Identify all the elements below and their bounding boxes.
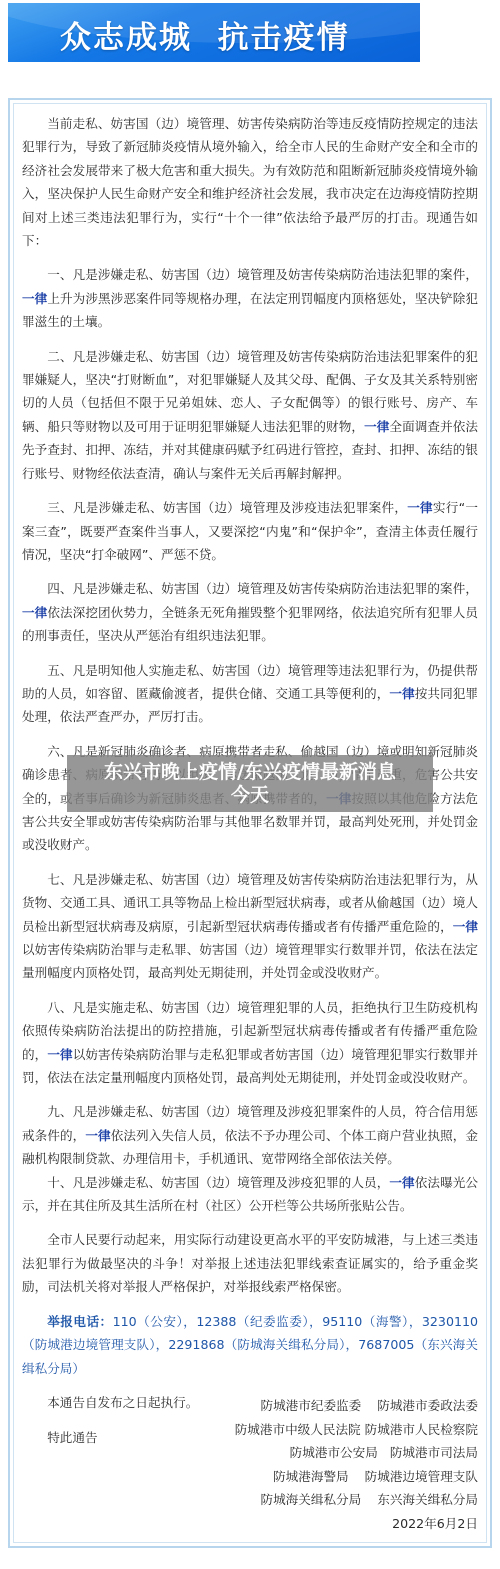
item-10: 十、凡是涉嫌走私、妨害国（边）境管理及涉疫犯罪的人员，一律依法曝光公示，并在其住… — [22, 1171, 478, 1218]
header-banner: 众志成城 抗击疫情 — [8, 3, 420, 62]
overlay-title: 东兴市晚上疫情/东兴疫情最新消息 今天 — [67, 761, 433, 807]
item-4: 四、凡是涉嫌走私、妨害国（边）境管理及妨害传染病防治违法犯罪的案件，一律依法深挖… — [22, 577, 478, 647]
keyword-yilv: 一律 — [22, 291, 47, 306]
item-7: 七、凡是涉嫌走私、妨害国（边）境管理及妨害传染病防治违法犯罪行为，从货物、交通工… — [22, 868, 478, 985]
item-5: 五、凡是明知他人实施走私、妨害国（边）境管理等违法犯罪行为，仍提供帮助的人员，如… — [22, 659, 478, 729]
call-to-action: 全市人民要行动起来，用实际行动建设更高水平的平安防城港，与上述三类违法犯罪行为做… — [22, 1228, 478, 1298]
notice-date: 2022年6月2日 — [235, 1512, 478, 1536]
signatory-row: 防城港海警局 防城港边境管理支队 — [235, 1465, 478, 1489]
keyword-yilv: 一律 — [407, 500, 433, 515]
signatory-row: 防城港市纪委监委 防城港市委政法委 — [235, 1394, 478, 1418]
hotline-label: 举报电话： — [47, 1314, 112, 1329]
keyword-yilv: 一律 — [364, 419, 389, 434]
signatory-row: 防城海关缉私分局 东兴海关缉私分局 — [235, 1488, 478, 1512]
keyword-yilv: 一律 — [85, 1128, 110, 1143]
item-3: 三、凡是涉嫌走私、妨害国（边）境管理及涉疫违法犯罪案件，一律实行“一案三查”，既… — [22, 496, 478, 566]
signatory-row: 防城港市中级人民法院 防城港市人民检察院 — [235, 1418, 478, 1442]
caption-overlay: 东兴市晚上疫情/东兴疫情最新消息 今天 — [67, 755, 433, 812]
item-2: 二、凡是涉嫌走私、妨害国（边）境管理及妨害传染病防治违法犯罪案件的犯罪嫌疑人，坚… — [22, 345, 478, 485]
keyword-yilv: 一律 — [453, 919, 478, 934]
hotline-paragraph: 举报电话：110（公安），12388（纪委监委），95110（海警），32301… — [22, 1310, 478, 1380]
keyword-yilv: 一律 — [22, 605, 47, 620]
signatories-block: 防城港市纪委监委 防城港市委政法委 防城港市中级人民法院 防城港市人民检察院 防… — [235, 1394, 478, 1536]
keyword-yilv: 一律 — [389, 686, 414, 701]
signatory-row: 防城港市公安局 防城港市司法局 — [235, 1441, 478, 1465]
keyword-yilv: 一律 — [47, 1047, 72, 1062]
keyword-yilv: 一律 — [389, 1175, 414, 1190]
item-1: 一、凡是涉嫌走私、妨害国（边）境管理及妨害传染病防治违法犯罪的案件，一律上升为涉… — [22, 263, 478, 333]
overlay-line-2: 今天 — [67, 784, 433, 807]
item-8: 八、凡是实施走私、妨害国（边）境管理犯罪的人员，拒绝执行卫生防疫机构依照传染病防… — [22, 996, 478, 1090]
item-9: 九、凡是涉嫌走私、妨害国（边）境管理及涉疫犯罪案件的人员，符合信用惩戒条件的，一… — [22, 1100, 478, 1170]
overlay-line-1: 东兴市晚上疫情/东兴疫情最新消息 — [67, 761, 433, 784]
banner-title: 众志成城 抗击疫情 — [60, 12, 350, 57]
intro-paragraph: 当前走私、妨害国（边）境管理、妨害传染病防治等违反疫情防控规定的违法犯罪行为，导… — [22, 112, 478, 252]
